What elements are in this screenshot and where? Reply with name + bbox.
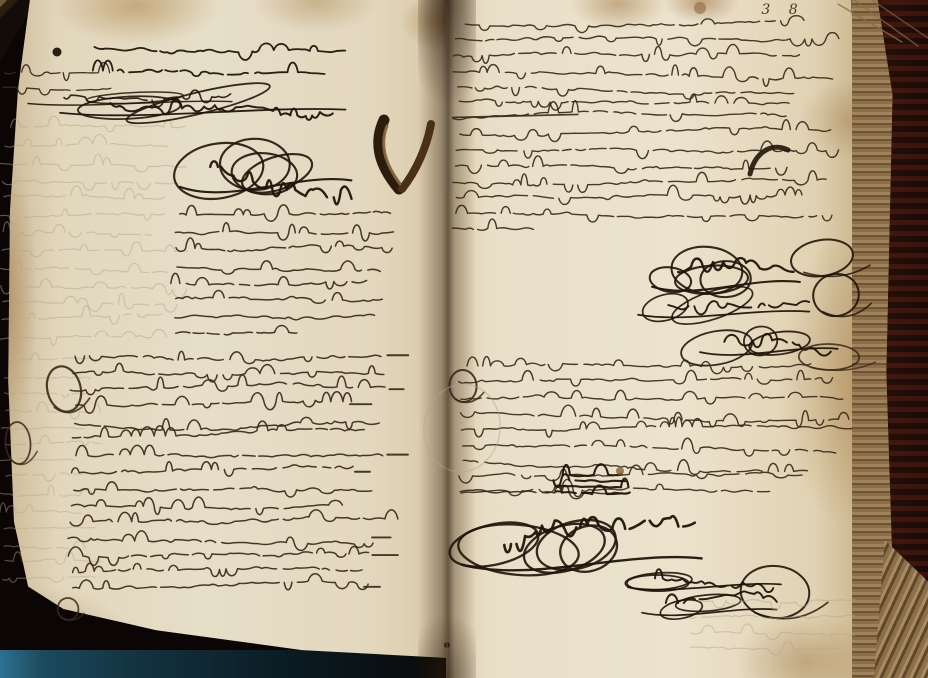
left-ghost-bleedthrough-upper [0, 116, 189, 345]
right-paragraph-2 [459, 357, 852, 497]
right-ghost-bottom [688, 600, 855, 655]
stain-top-right-page [694, 2, 706, 14]
manuscript-photo: 3 8 [0, 0, 928, 678]
left-heading [93, 43, 346, 76]
ink-dot-left [53, 48, 62, 57]
ink-layer [0, 0, 928, 678]
left-ghost-bleedthrough-lower [0, 353, 102, 582]
ink-spot-right [616, 467, 624, 475]
right-signature-large [445, 512, 701, 582]
corner-diag-2 [854, 0, 918, 46]
left-signature-mauberon [170, 136, 352, 205]
corner-diag-1 [838, 4, 902, 42]
left-end-mark [56, 596, 84, 621]
right-paraph-1 [788, 235, 870, 280]
left-margin-note [3, 63, 111, 95]
left-paragraph-2 [68, 351, 408, 589]
right-paraph-3 [738, 563, 827, 621]
left-margin-note-underline [28, 90, 232, 107]
right-paragraph-1 [452, 16, 844, 231]
left-paragraph-1 [171, 205, 396, 335]
right-signature-roquenel [625, 569, 781, 592]
right-signature-brunon [648, 244, 800, 298]
right-pre-paragraph-loops [799, 343, 876, 370]
right-bleed-ring [418, 379, 506, 477]
left-initial-C [42, 363, 90, 416]
leather-tie [379, 120, 431, 189]
folio-number: 3 8 [760, 2, 806, 18]
right-signature-regnault [642, 591, 777, 622]
